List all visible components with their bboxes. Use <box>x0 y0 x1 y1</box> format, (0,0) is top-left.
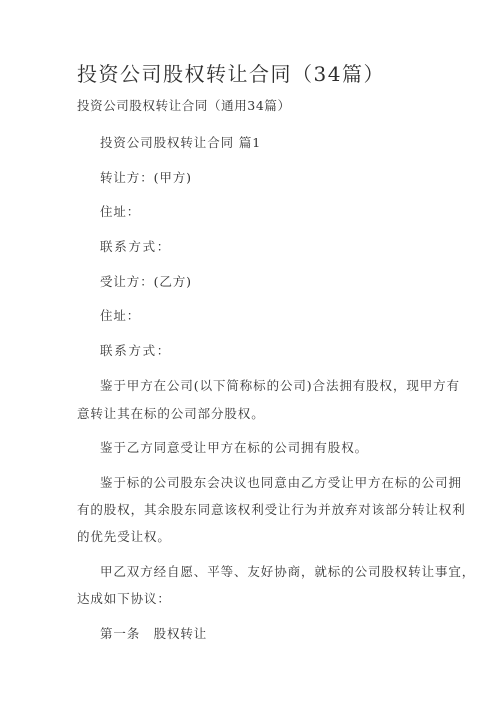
paragraph-line: 达成如下协议： <box>77 590 171 608</box>
document-page: 投资公司股权转让合同（34篇） 投资公司股权转让合同（通用34篇） 投资公司股权… <box>0 0 500 707</box>
document-title: 投资公司股权转让合同（34篇） <box>77 60 385 88</box>
document-subtitle: 投资公司股权转让合同（通用34篇） <box>77 97 291 115</box>
paragraph-line: 鉴于标的公司股东会决议也同意由乙方受让甲方在标的公司拥 <box>100 474 462 492</box>
party-a-label: 转让方：(甲方) <box>100 169 192 187</box>
paragraph-line: 的优先受让权。 <box>77 528 171 546</box>
party-b-label: 受让方：(乙方) <box>100 273 192 291</box>
paragraph-line: 鉴于甲方在公司(以下简称标的公司)合法拥有股权，现甲方有 <box>100 377 460 395</box>
section-heading: 投资公司股权转让合同 篇1 <box>100 134 261 152</box>
party-a-address-label: 住址： <box>100 203 140 221</box>
party-a-contact-label: 联系方式： <box>100 238 171 256</box>
paragraph-line: 意转让其在标的公司部分股权。 <box>77 405 265 423</box>
party-b-address-label: 住址： <box>100 307 140 325</box>
paragraph-line: 鉴于乙方同意受让甲方在标的公司拥有股权。 <box>100 439 368 457</box>
paragraph-line: 甲乙双方经自愿、平等、友好协商，就标的公司股权转让事宜， <box>100 563 475 581</box>
article-heading: 第一条 股权转让 <box>100 625 207 643</box>
paragraph-line: 有的股权，其余股东同意该权利受让行为并放弃对该部分转让权利 <box>77 501 466 519</box>
party-b-contact-label: 联系方式： <box>100 342 171 360</box>
